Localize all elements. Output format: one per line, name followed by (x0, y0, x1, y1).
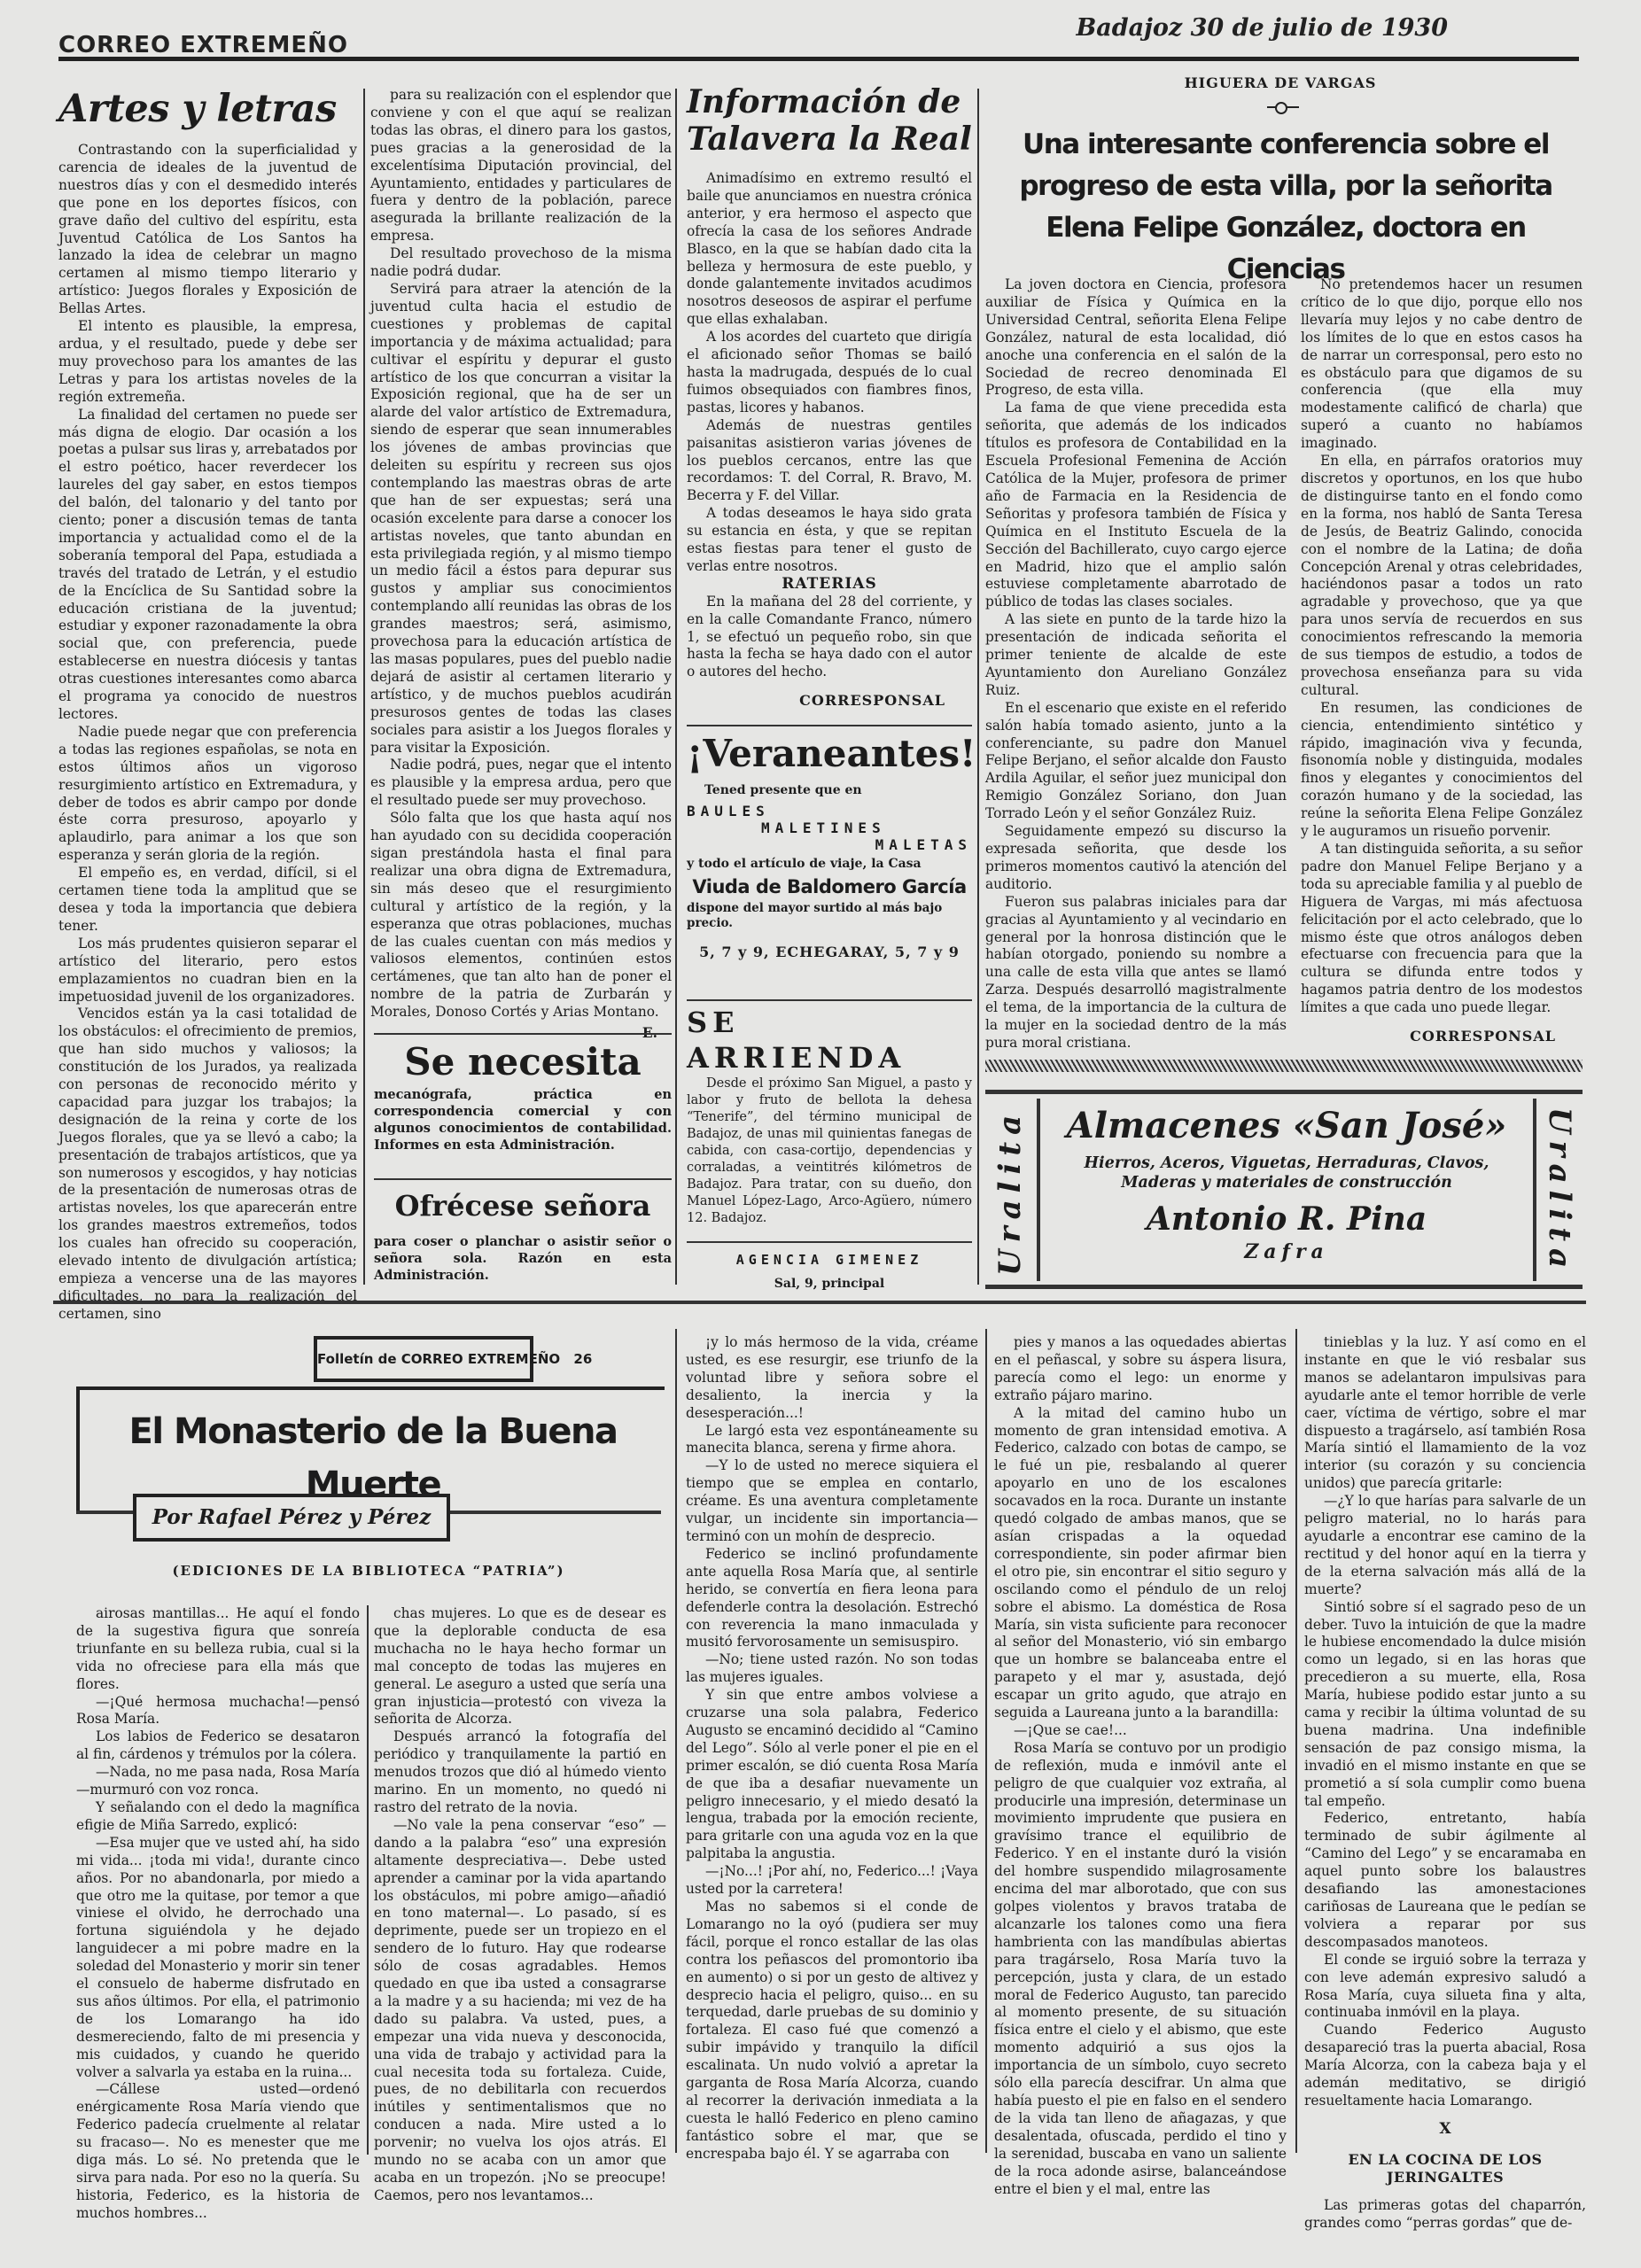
paragraph: Y señalando con el dedo la magnífica efi… (76, 1799, 360, 1835)
paragraph: Sintió sobre sí el sagrado peso de un de… (1304, 1599, 1586, 1811)
agency-address: Sal, 9, principal (687, 1277, 972, 1291)
paragraph: Servirá para atraer la atención de la ju… (370, 281, 672, 757)
chapter-number: X (1304, 2121, 1586, 2139)
folletin-body-2: chas mujeres. Lo que es de desear es que… (374, 1605, 666, 2205)
paragraph: —¡Que se cae!... (994, 1722, 1287, 1740)
ad-veraneantes: ¡Veraneantes! Tened presente que en BAUL… (687, 732, 972, 960)
paragraph: Rosa María se contuvo por un prodigio de… (994, 1740, 1287, 2199)
folletin-column-3: ¡y lo más hermoso de la vida, créame ust… (686, 1334, 978, 2163)
almacenes-owner: Antonio R. Pina (1044, 1198, 1529, 1240)
raterias-heading: RATERIAS (687, 576, 972, 594)
ad-se-necesita: Se necesita mecanógrafa, práctica en cor… (374, 1038, 672, 1153)
folletin-author-box: Por Rafael Pérez y Pérez (133, 1494, 450, 1542)
column-divider (977, 89, 979, 1285)
uralita-right: Uralita (1542, 1107, 1577, 1276)
ad-divider (687, 1241, 972, 1243)
paragraph: El intento es plausible, la empresa, ard… (58, 318, 357, 407)
folletin-column-5: tinieblas y la luz. Y así como en el ins… (1304, 1334, 1586, 2233)
paragraph: —¡Qué hermosa muchacha!—pensó Rosa María… (76, 1694, 360, 1729)
veraneantes-line1: Tened presente que en (704, 783, 972, 797)
paragraph: El conde se irguió sobre la terraza y co… (1304, 1952, 1586, 2023)
paragraph: Animadísimo en extremo resultó el baile … (687, 170, 972, 329)
chapter-title: EN LA COCINA DE LOS JERINGALTES (1304, 2151, 1586, 2186)
column-divider (675, 1329, 677, 2153)
paragraph: —¡No...! ¡Por ahí, no, Federico...! ¡Vay… (686, 1863, 978, 1899)
almacenes-line1: Hierros, Aceros, Viguetas, Herraduras, C… (1044, 1153, 1529, 1173)
se-necesita-title: Se necesita (374, 1038, 672, 1086)
folletin-body-1: airosas mantillas... He aquí el fondo de… (76, 1605, 360, 2223)
paragraph: Cuando Federico Augusto desapareció tras… (1304, 2022, 1586, 2110)
ad-divider (374, 1033, 672, 1035)
paragraph: —¿Y lo que harías para salvarle de un pe… (1304, 1493, 1586, 1598)
paragraph: —Cállese usted—ordenó enérgicamente Rosa… (76, 2081, 360, 2222)
folletin-label-box: Folletín de CORREO EXTREMEÑO 26 (314, 1336, 533, 1382)
talavera-body: Animadísimo en extremo resultó el baile … (687, 170, 972, 576)
paragraph: En el escenario que existe en el referid… (985, 700, 1287, 823)
section-divider (53, 1301, 1586, 1304)
ad-inner-rule (1533, 1099, 1536, 1281)
paragraph: Después arrancó la fotografía del periód… (374, 1728, 666, 1817)
paragraph: —No; tiene usted razón. No son todas las… (686, 1651, 978, 1687)
paragraph: —No vale la pena conservar “eso” —dando … (374, 1817, 666, 2205)
paragraph: El empeño es, en verdad, difícil, si el … (58, 865, 357, 936)
paragraph: La joven doctora en Ciencia, profesora a… (985, 276, 1287, 400)
artes-column-1: Artes y letras Contrastando con la super… (58, 89, 357, 1324)
artes-body-2: para su realización con el esplendor que… (370, 87, 672, 1021)
folletin-label: Folletín de CORREO EXTREMEÑO (317, 1351, 560, 1367)
veraneantes-item-baules: BAULES (687, 803, 972, 819)
ad-ofrecese: Ofrécese señora para coser o planchar o … (374, 1184, 672, 1284)
paragraph: tinieblas y la luz. Y así como en el ins… (1304, 1334, 1586, 1493)
higuera-headline: Una interesante conferencia sobre el pro… (984, 124, 1588, 291)
paragraph: Además de nuestras gentiles paisanitas a… (687, 417, 972, 506)
talavera-title: Información de Talavera la Real (687, 83, 972, 158)
ad-inner-rule (1037, 1099, 1040, 1281)
newspaper-name: CORREO EXTREMEÑO (58, 32, 348, 58)
paragraph: ¡y lo más hermoso de la vida, créame ust… (686, 1334, 978, 1423)
paragraph: A las siete en punto de la tarde hizo la… (985, 611, 1287, 700)
veraneantes-line3: dispone del mayor surtido al más bajo pr… (687, 901, 972, 931)
ad-divider (687, 999, 972, 1001)
higuera-column-2: No pretendemos hacer un resumen crítico … (1301, 276, 1583, 1045)
paragraph: Mas no sabemos si el conde de Lomarango … (686, 1899, 978, 2163)
paragraph: Federico, entretanto, había terminado de… (1304, 1810, 1586, 1951)
paragraph: pies y manos a las oquedades abiertas en… (994, 1334, 1287, 1405)
ornament-circle-icon (1275, 102, 1287, 114)
decorative-hatch-rule (985, 1060, 1583, 1072)
chapter-start: Las primeras gotas del chaparrón, grande… (1304, 2197, 1586, 2233)
ad-divider (374, 1178, 672, 1180)
veraneantes-item-maletines: MALETINES (761, 819, 972, 836)
uralita-left: Uralita (992, 1107, 1028, 1276)
paragraph: A tan distinguida señorita, a su señor p… (1301, 841, 1583, 1017)
ad-divider (687, 725, 972, 726)
ofrecese-title: Ofrécese señora (374, 1184, 672, 1228)
folletin-body-3: ¡y lo más hermoso de la vida, créame ust… (686, 1334, 978, 2163)
artes-column-2: para su realización con el esplendor que… (370, 87, 672, 1043)
agency-name: AGENCIA GIMENEZ (687, 1252, 972, 1268)
paragraph: —Y lo de usted no merece siquiera el tie… (686, 1457, 978, 1546)
paragraph: A los acordes del cuarteto que dirigía e… (687, 329, 972, 417)
folletin-number: 26 (573, 1351, 592, 1367)
paragraph: En ella, en párrafos oratorios muy discr… (1301, 453, 1583, 700)
raterias-body: En la mañana del 28 del corriente, y en … (687, 594, 972, 682)
paragraph: Del resultado provechoso de la misma nad… (370, 245, 672, 281)
paragraph: Fueron sus palabras iniciales para dar g… (985, 894, 1287, 1052)
arrienda-title: SE ARRIENDA (687, 1005, 972, 1076)
paragraph: Vencidos están ya la casi totalidad de l… (58, 1006, 357, 1323)
almacenes-city: Zafra (1044, 1240, 1529, 1263)
higuera-body-2: No pretendemos hacer un resumen crítico … (1301, 276, 1583, 1017)
paragraph: para su realización con el esplendor que… (370, 87, 672, 245)
paragraph: La finalidad del certamen no puede ser m… (58, 407, 357, 724)
se-necesita-body: mecanógrafa, práctica en correspondencia… (374, 1086, 672, 1153)
almacenes-title: Almacenes «San José» (1044, 1104, 1529, 1148)
higuera-body-1: La joven doctora en Ciencia, profesora a… (985, 276, 1287, 1052)
talavera-signature: CORRESPONSAL (687, 692, 972, 710)
column-divider (1295, 1329, 1297, 2153)
higuera-signature: CORRESPONSAL (1301, 1028, 1583, 1045)
ad-almacenes: Almacenes «San José» Hierros, Aceros, Vi… (1044, 1104, 1529, 1263)
talavera-column: Información de Talavera la Real Animadís… (687, 83, 972, 710)
paragraph: Federico se inclinó profundamente ante a… (686, 1546, 978, 1651)
ad-se-arrienda: SE ARRIENDA Desde el próximo San Miguel,… (687, 1005, 972, 1291)
newspaper-page: CORREO EXTREMEÑO Badajoz 30 de julio de … (0, 0, 1641, 2268)
paragraph: Sólo falta que los que hasta aquí nos ha… (370, 810, 672, 1021)
folletin-body-4: pies y manos a las oquedades abiertas en… (994, 1334, 1287, 2198)
paragraph: La fama de que viene precedida esta seño… (985, 400, 1287, 611)
paragraph: Contrastando con la superficialidad y ca… (58, 142, 357, 318)
almacenes-line2: Maderas y materiales de construcción (1044, 1173, 1529, 1192)
paragraph: Nadie puede negar que con preferencia a … (58, 724, 357, 865)
paragraph: —Nada, no me pasa nada, Rosa María—murmu… (76, 1764, 360, 1799)
veraneantes-item-maletas: MALETAS (687, 836, 972, 853)
paragraph: airosas mantillas... He aquí el fondo de… (76, 1605, 360, 1694)
paragraph: A la mitad del camino hubo un momento de… (994, 1405, 1287, 1722)
veraneantes-address: 5, 7 y 9, ECHEGARAY, 5, 7 y 9 (687, 944, 972, 960)
paragraph: Seguidamente empezó su discurso la expre… (985, 823, 1287, 894)
paragraph: Y sin que entre ambos volviese a cruzars… (686, 1687, 978, 1863)
masthead-rule (58, 57, 1579, 61)
column-divider (675, 89, 677, 1285)
artes-title: Artes y letras (58, 89, 357, 129)
paragraph: —Esa mujer que ve usted ahí, ha sido mi … (76, 1835, 360, 2082)
folletin-body-5: tinieblas y la luz. Y así como en el ins… (1304, 1334, 1586, 2110)
paragraph: Los más prudentes quisieron separar el a… (58, 936, 357, 1006)
veraneantes-title: ¡Veraneantes! (687, 732, 972, 776)
ad-border-top (985, 1090, 1583, 1094)
folletin-column-1: airosas mantillas... He aquí el fondo de… (76, 1605, 360, 2223)
folletin-edition: (EDICIONES DE LA BIBLIOTECA “PATRIA”) (76, 1563, 661, 1579)
arrienda-body: Desde el próximo San Miguel, a pasto y l… (687, 1076, 972, 1227)
folletin-author: Por Rafael Pérez y Pérez (136, 1497, 447, 1538)
higuera-location: HIGUERA DE VARGAS (984, 74, 1577, 91)
higuera-column-1: La joven doctora en Ciencia, profesora a… (985, 276, 1287, 1052)
paragraph: En resumen, las condiciones de ciencia, … (1301, 700, 1583, 841)
paragraph: No pretendemos hacer un resumen crítico … (1301, 276, 1583, 453)
paragraph: A todas deseamos le haya sido grata su e… (687, 505, 972, 576)
ad-border-bottom (985, 1285, 1583, 1289)
column-divider (367, 1605, 369, 2155)
column-divider (985, 1329, 987, 2153)
issue-date: Badajoz 30 de julio de 1930 (1076, 14, 1448, 42)
paragraph: Los labios de Federico se desataron al f… (76, 1728, 360, 1764)
paragraph: Le largó esta vez espontáneamente su man… (686, 1423, 978, 1458)
veraneantes-line2: y todo el artículo de viaje, la Casa (687, 857, 972, 871)
paragraph: chas mujeres. Lo que es de desear es que… (374, 1605, 666, 1728)
folletin-column-2: chas mujeres. Lo que es de desear es que… (374, 1605, 666, 2205)
artes-body-1: Contrastando con la superficialidad y ca… (58, 142, 357, 1324)
ofrecese-body: para coser o planchar o asistir señor o … (374, 1233, 672, 1284)
paragraph: Nadie podrá, pues, negar que el intento … (370, 757, 672, 810)
column-divider (363, 89, 365, 1285)
veraneantes-brand: Viuda de Baldomero García (687, 876, 972, 897)
folletin-column-4: pies y manos a las oquedades abiertas en… (994, 1334, 1287, 2198)
